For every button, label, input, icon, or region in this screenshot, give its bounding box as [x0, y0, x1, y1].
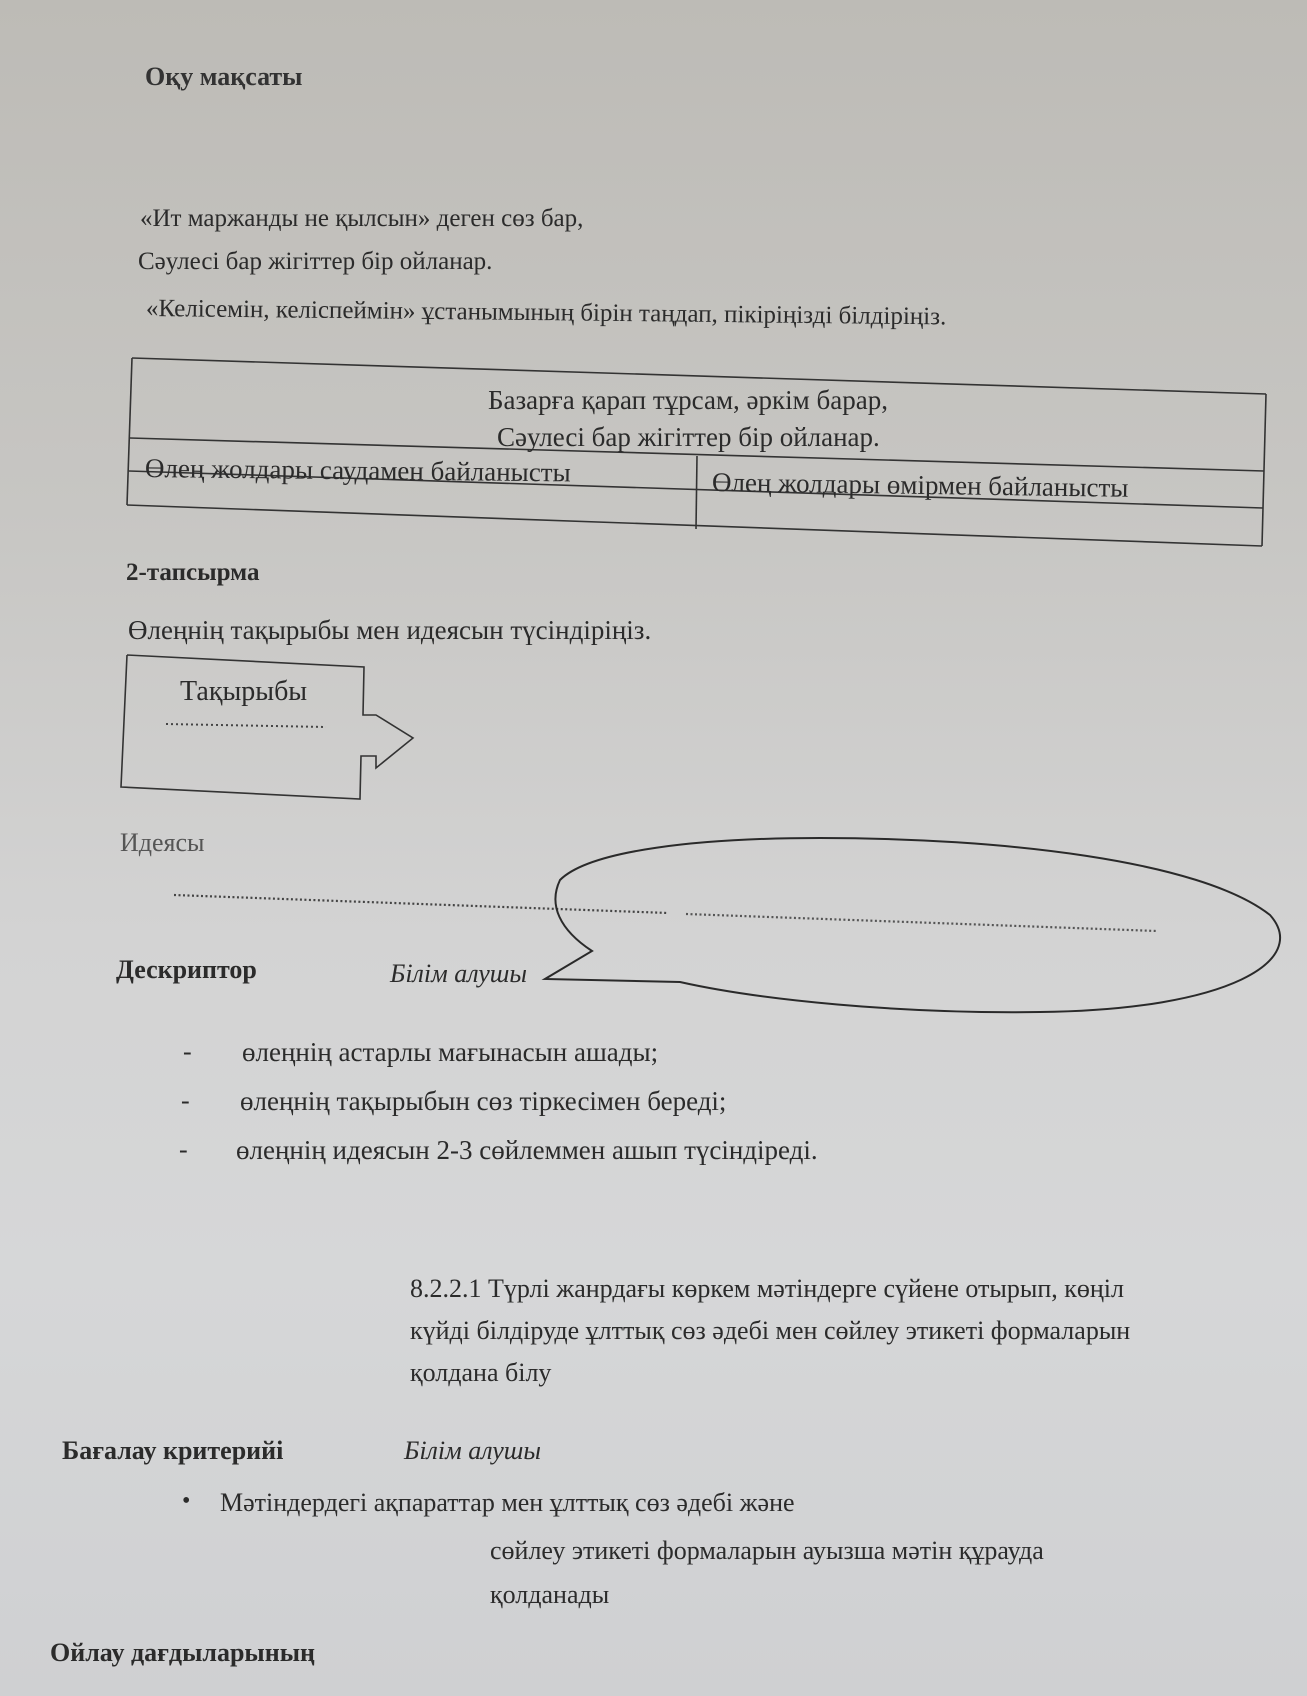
assessment-criteria-line: қолданады [490, 1580, 609, 1610]
idea-speech-bubble [545, 838, 1280, 1012]
assessment-criteria-line: сөйлеу этикеті формаларын ауызша мәтін қ… [490, 1536, 1044, 1566]
descriptor-item: өлеңнің астарлы мағынасын ашады; [242, 1037, 658, 1068]
table-poem-line-2: Сәулесі бар жігіттер бір ойланар. [497, 422, 880, 453]
quote-line-1: «Ит маржанды не қылсын» деген сөз бар, [140, 205, 583, 233]
topic-dotted-line [166, 724, 326, 727]
assessment-criteria-subject: Білім алушы [404, 1436, 541, 1466]
thinking-skills-label: Ойлау дағдыларының [50, 1638, 315, 1668]
task-2-instruction: Өлеңнің тақырыбы мен идеясын түсіндіріңі… [128, 615, 651, 646]
descriptor-label: Дескриптор [116, 955, 257, 985]
table-column-header-life: Өлең жолдары өмірмен байланысты [712, 467, 1129, 504]
dash-bullet-icon: - [181, 1086, 190, 1116]
learning-objective-line: 8.2.2.1 Түрлі жанрдағы көркем мәтіндерге… [410, 1268, 1250, 1310]
dash-bullet-icon: - [183, 1037, 192, 1067]
descriptor-subject: Білім алушы [390, 959, 527, 989]
learning-objective-line: күйді білдіруде ұлттық сөз әдебі мен сөй… [410, 1310, 1250, 1352]
assessment-criteria-line: Мәтіндердегі ақпараттар мен ұлттық сөз ә… [220, 1488, 795, 1518]
table-poem-line-1: Базарға қарап тұрсам, әркім барар, [488, 385, 888, 416]
dash-bullet-icon: - [179, 1135, 188, 1165]
descriptor-item: өлеңнің тақырыбын сөз тіркесімен береді; [240, 1086, 726, 1117]
idea-dotted-line-2 [686, 914, 1157, 931]
idea-dotted-line-1 [174, 895, 668, 913]
idea-label: Идеясы [120, 828, 205, 858]
topic-label: Тақырыбы [180, 676, 307, 708]
learning-goal-heading: Оқу мақсаты [145, 62, 302, 92]
table-column-header-trade: Өлең жолдары саудамен байланысты [145, 453, 571, 488]
descriptor-item: өлеңнің идеясын 2-3 сөйлеммен ашып түсін… [236, 1135, 818, 1166]
task-2-heading: 2-тапсырма [126, 559, 259, 587]
learning-objective: 8.2.2.1 Түрлі жанрдағы көркем мәтіндерге… [410, 1268, 1250, 1394]
quote-line-2: Сәулесі бар жігіттер бір ойланар. [138, 248, 492, 276]
assessment-criteria-label: Бағалау критерийі [62, 1436, 283, 1466]
bullet-dot-icon: • [182, 1488, 190, 1515]
learning-objective-line: қолдана білу [410, 1352, 1250, 1394]
